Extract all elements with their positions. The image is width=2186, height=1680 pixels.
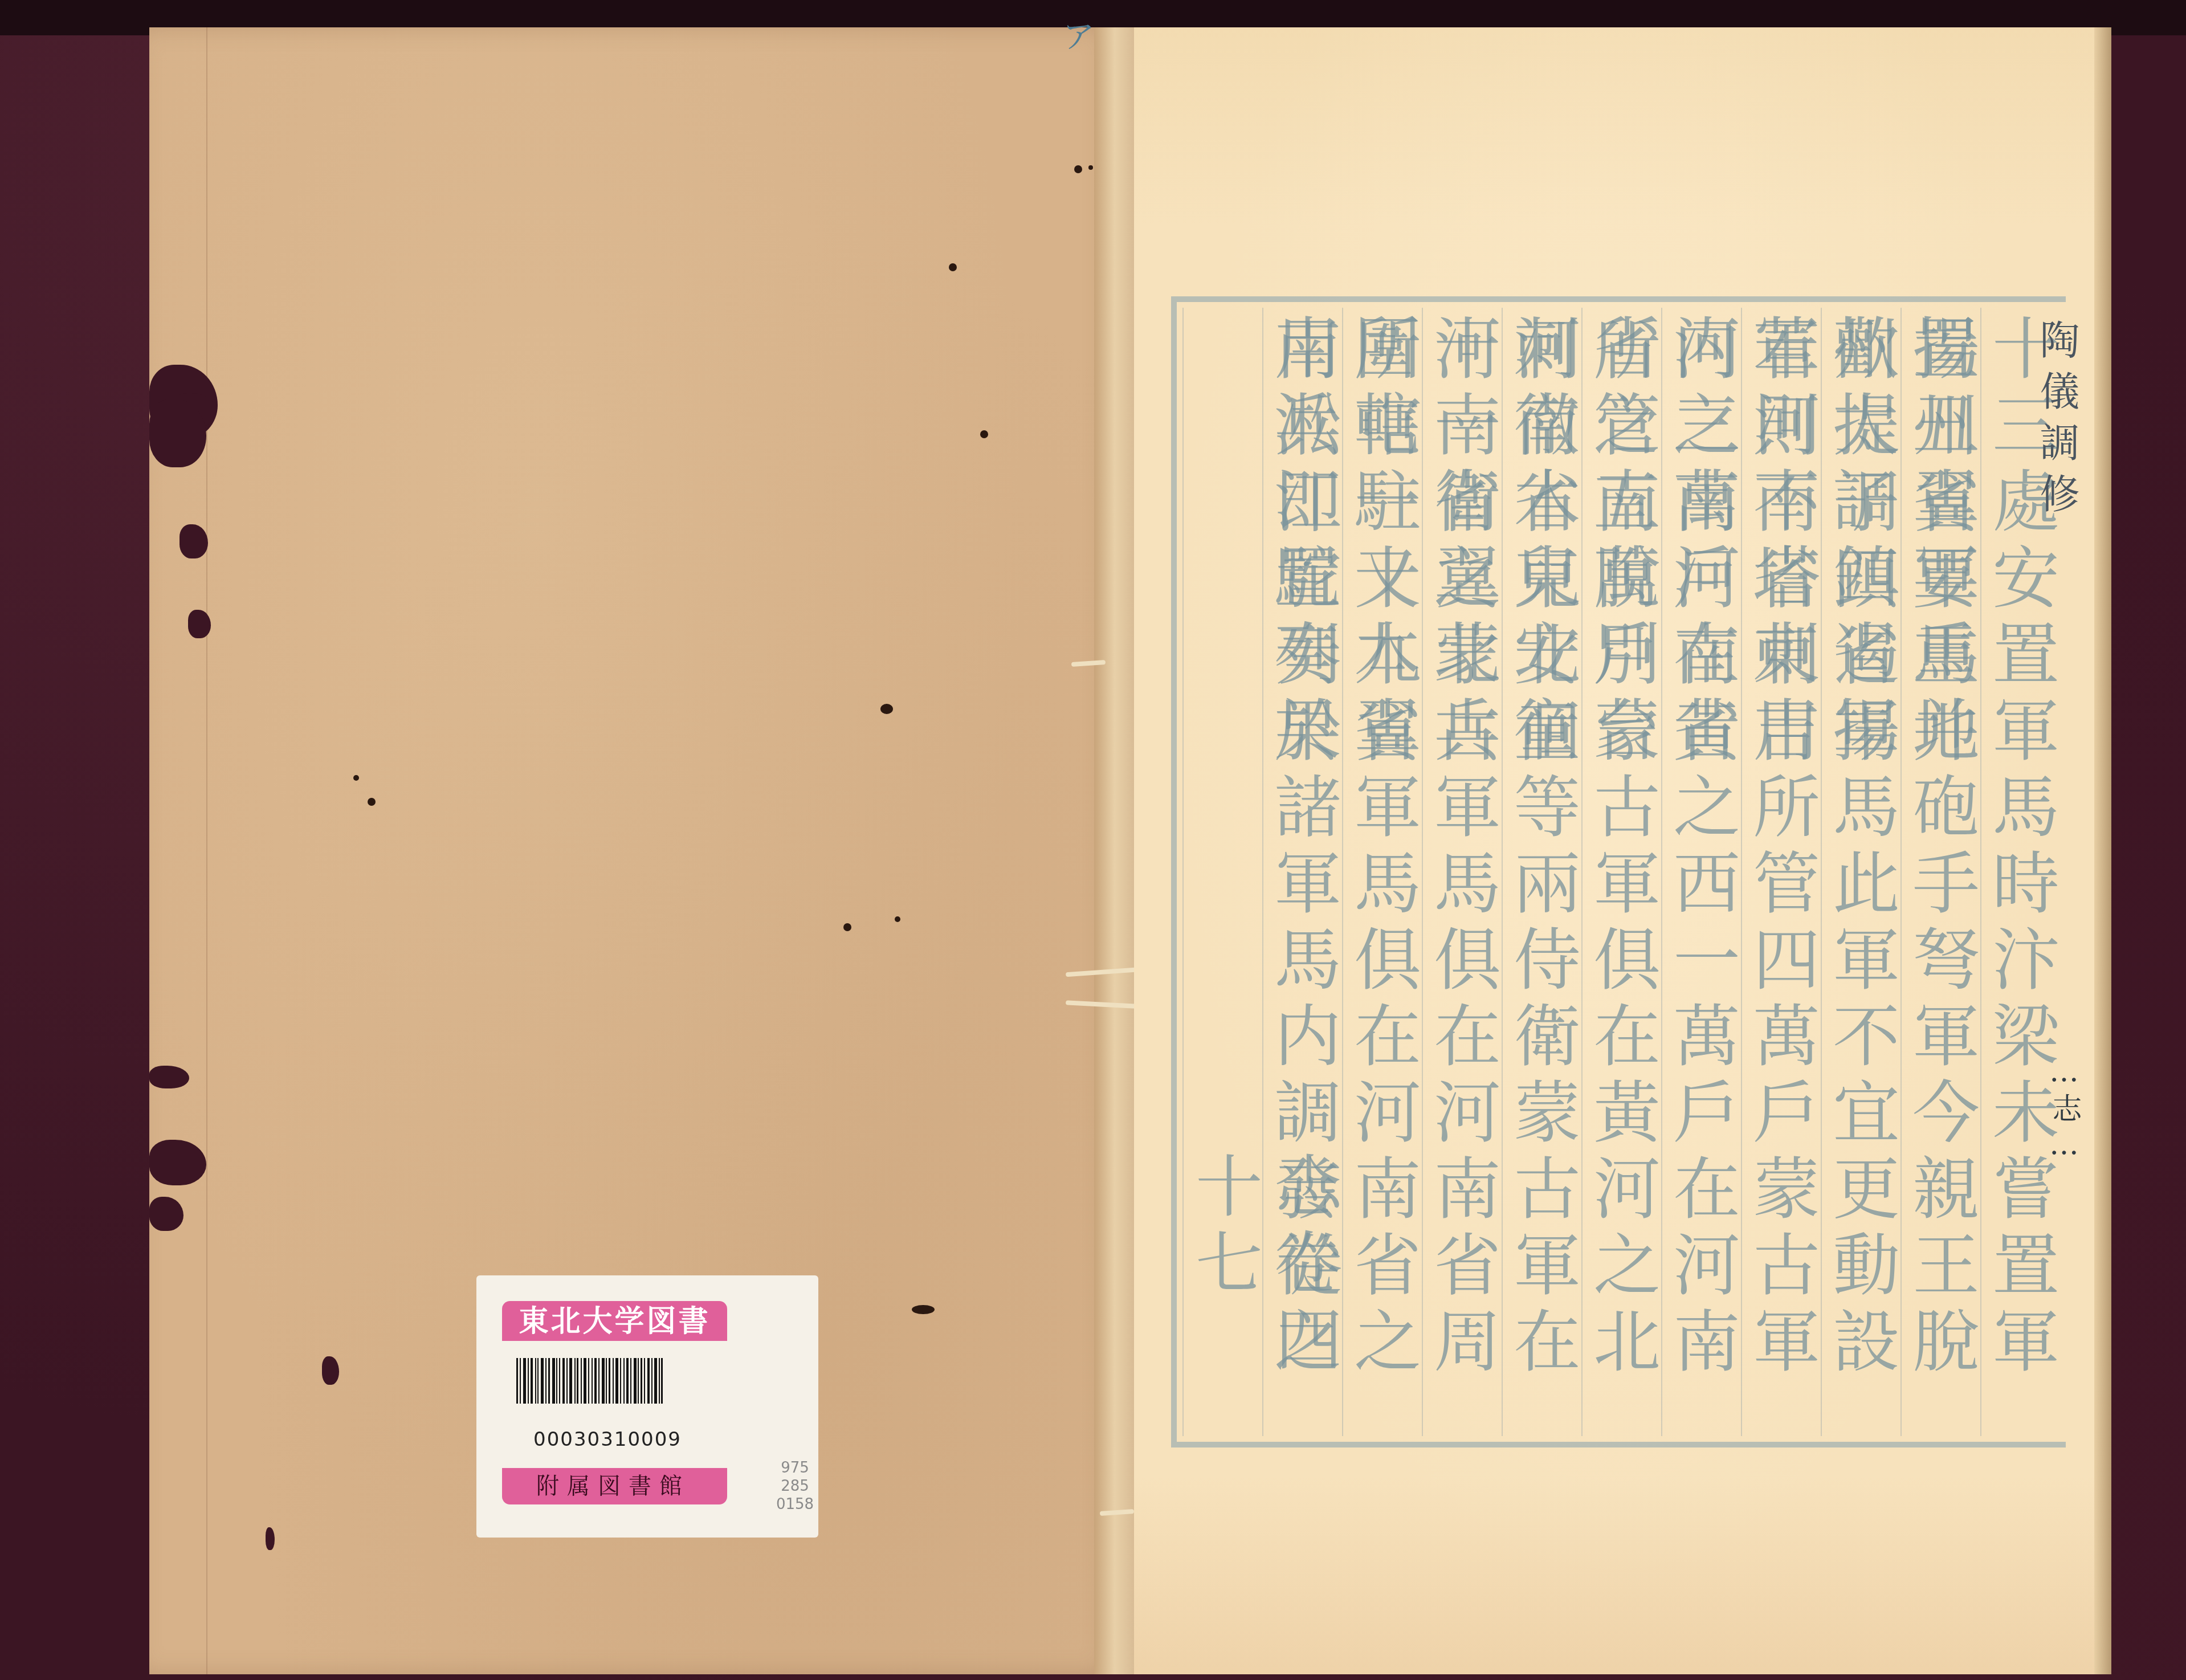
shelf-mark-line: 975 [775, 1459, 815, 1477]
page-tear [149, 1066, 189, 1088]
shelf-mark-line: 285 [775, 1477, 815, 1495]
page-tear [266, 1527, 275, 1550]
page-tear [322, 1356, 339, 1385]
torn-margin-title: 陶儀調修 [2034, 319, 2086, 524]
wormhole [843, 923, 851, 931]
library-barcode-label: 東北大学図書 00030310009 附属図書館 [476, 1275, 818, 1538]
barcode-number: 00030310009 [533, 1428, 704, 1451]
wormhole [1088, 165, 1093, 170]
wormhole [980, 430, 988, 438]
page-tear [188, 610, 211, 638]
shelf-mark: 975 285 0158 [775, 1459, 815, 1514]
margin-title-text: 陶儀 [2033, 319, 2080, 422]
wormhole [912, 1305, 935, 1314]
fold-line [206, 27, 207, 1674]
text-columns: 十三處安置軍馬時汴梁未嘗置軍揚州省要重地 置丑翼軍馬并砲手弩軍今親王脫歡太子鎮遏… [1182, 308, 2060, 1436]
wormhole [949, 263, 957, 271]
page-stack-edge [2094, 27, 2111, 1674]
text-column-last: 用兵即駝奏於諸軍馬内調發從之 志卷四十七 [1262, 308, 1342, 1436]
wormhole [1074, 165, 1082, 173]
wormhole [368, 798, 376, 806]
margin-edge-fragment: …志… [2046, 1054, 2086, 1166]
library-label-footer: 附属図書館 [502, 1468, 727, 1504]
barcode [516, 1358, 710, 1404]
wormhole [895, 916, 900, 922]
shelf-mark-line: 0158 [775, 1495, 815, 1514]
margin-subtitle-text: 調修 [2033, 422, 2080, 524]
pencil-mark: ア [1063, 11, 1095, 57]
library-label-header: 東北大学図書 [502, 1301, 727, 1341]
wormhole [353, 775, 359, 781]
chapter-footer: 志卷四十七 [1263, 1151, 1343, 1436]
wormhole [880, 704, 893, 714]
